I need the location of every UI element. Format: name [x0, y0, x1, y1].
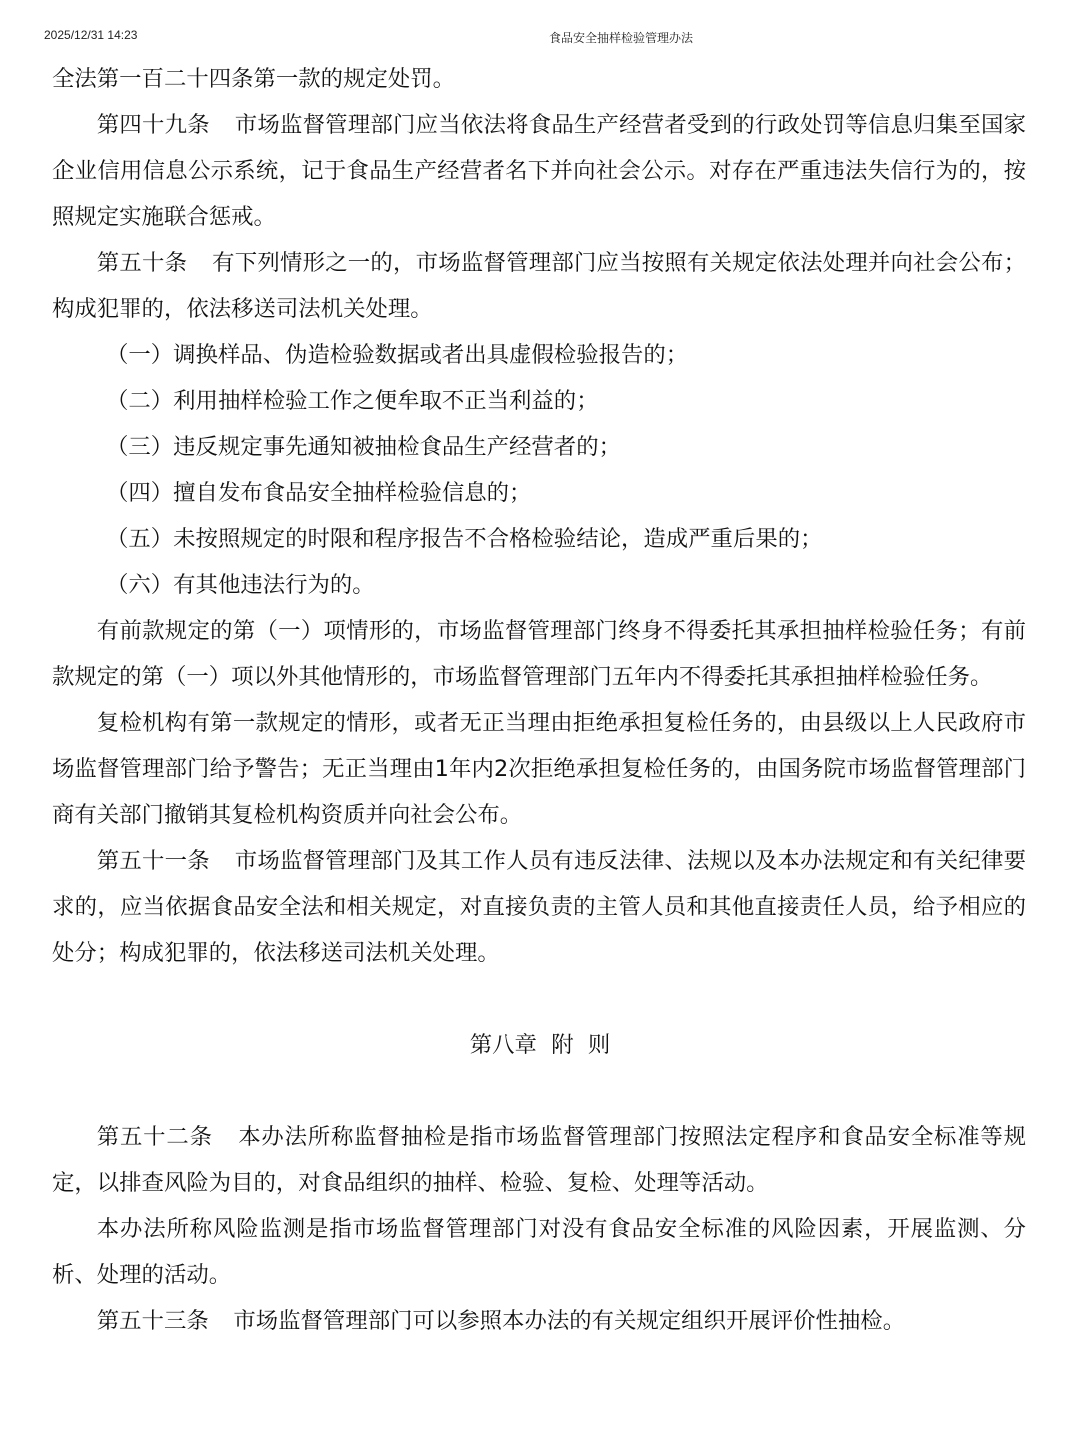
print-header: 2025/12/31 14:23 食品安全抽样检验管理办法 [0, 0, 1074, 40]
article-49: 第四十九条市场监督管理部门应当依法将食品生产经营者受到的行政处罚等信息归集至国家… [52, 102, 1026, 240]
article-51: 第五十一条市场监督管理部门及其工作人员有违反法律、法规以及本办法规定和有关纪律要… [52, 838, 1026, 976]
list-item: （一）调换样品、伪造检验数据或者出具虚假检验报告的； [52, 332, 1026, 378]
list-item: （三）违反规定事先通知被抽检食品生产经营者的； [52, 424, 1026, 470]
chapter-heading: 第八章 附 则 [52, 1022, 1026, 1068]
article-paragraph: 复检机构有第一款规定的情形，或者无正当理由拒绝承担复检任务的，由县级以上人民政府… [52, 700, 1026, 838]
article-53: 第五十三条市场监督管理部门可以参照本办法的有关规定组织开展评价性抽检。 [52, 1298, 1026, 1344]
print-document-title: 食品安全抽样检验管理办法 [0, 29, 1074, 46]
article-number: 第五十二条 [97, 1124, 213, 1150]
article-paragraph: 有前款规定的第（一）项情形的，市场监督管理部门终身不得委托其承担抽样检验任务；有… [52, 608, 1026, 700]
list-item: （五）未按照规定的时限和程序报告不合格检验结论，造成严重后果的； [52, 516, 1026, 562]
article-number: 第五十三条 [97, 1308, 209, 1334]
article-number: 第五十条 [97, 250, 187, 276]
document-body: 全法第一百二十四条第一款的规定处罚。 第四十九条市场监督管理部门应当依法将食品生… [52, 56, 1026, 1344]
list-item: （四）擅自发布食品安全抽样检验信息的； [52, 470, 1026, 516]
article-50: 第五十条有下列情形之一的，市场监督管理部门应当按照有关规定依法处理并向社会公布；… [52, 240, 1026, 332]
article-52: 第五十二条本办法所称监督抽检是指市场监督管理部门按照法定程序和食品安全标准等规定… [52, 1114, 1026, 1206]
article-text: 有下列情形之一的，市场监督管理部门应当按照有关规定依法处理并向社会公布；构成犯罪… [52, 250, 1026, 322]
article-number: 第五十一条 [97, 848, 210, 874]
article-paragraph: 本办法所称风险监测是指市场监督管理部门对没有食品安全标准的风险因素，开展监测、分… [52, 1206, 1026, 1298]
article-text: 市场监督管理部门可以参照本办法的有关规定组织开展评价性抽检。 [233, 1308, 905, 1334]
list-item: （六）有其他违法行为的。 [52, 562, 1026, 608]
continuation-paragraph: 全法第一百二十四条第一款的规定处罚。 [52, 56, 1026, 102]
article-number: 第四十九条 [97, 112, 210, 138]
list-item: （二）利用抽样检验工作之便牟取不正当利益的； [52, 378, 1026, 424]
